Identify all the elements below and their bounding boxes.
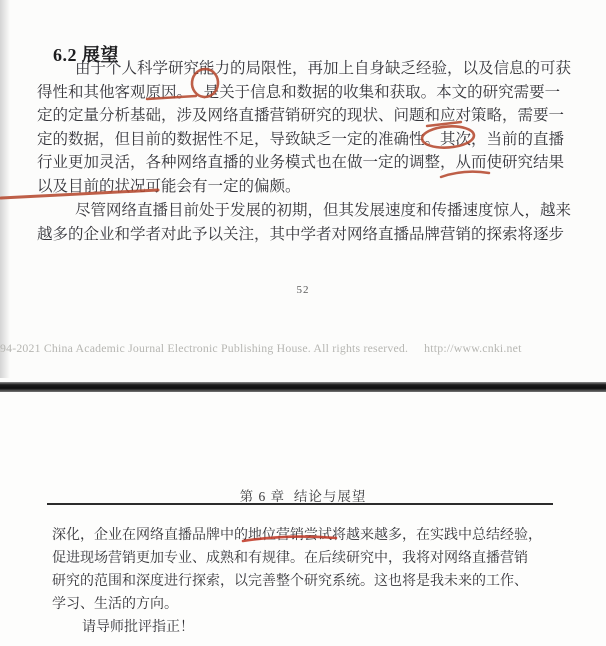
text-line: 学习、生活的方向。 — [52, 593, 542, 616]
paragraph-outlook: 尽管网络直播目前处于发展的初期，但其发展速度和传播速度惊人，越来越多的企业和学者… — [37, 199, 571, 246]
text-line: 由于个人科学研究能力的局限性，再加上自身缺乏经验，以及信息的可获 — [37, 57, 571, 81]
text-line: 越多的企业和学者对此予以关注，其中学者对网络直播品牌营销的探索将逐步 — [37, 223, 571, 247]
page-number: 52 — [0, 284, 606, 296]
watermark-url: http://www.cnki.net — [424, 341, 521, 355]
text-line: 尽管网络直播目前处于发展的初期，但其发展速度和传播速度惊人，越来 — [37, 199, 571, 223]
paragraph-conclusion: 深化，企业在网络直播品牌中的地位营销尝试将越来越多，在实践中总结经验，促进现场营… — [52, 524, 542, 616]
page-divider-bar — [0, 382, 606, 392]
scan-edge-shadow — [0, 0, 10, 378]
watermark-text: 94-2021 China Academic Journal Electroni… — [0, 341, 408, 355]
thesis-page-upper: 6.2 展望 由于个人科学研究能力的局限性，再加上自身缺乏经验，以及信息的可获得… — [0, 0, 606, 382]
text-line: 行业更加灵活，各种网络直播的业务模式也在做一定的调整，从而使研究结果 — [37, 151, 571, 175]
text-line: 研究的范围和深度进行探索，以完善整个研究系统。这也将是我未来的工作、 — [52, 570, 542, 593]
scanned-thesis-screenshot: 6.2 展望 由于个人科学研究能力的局限性，再加上自身缺乏经验，以及信息的可获得… — [0, 0, 606, 646]
cnki-copyright-watermark: 94-2021 China Academic Journal Electroni… — [0, 341, 606, 356]
text-line: 以及目前的状况可能会有一定的偏颇。 — [37, 175, 571, 199]
closing-line: 请导师批评指正！ — [82, 616, 194, 639]
paragraph-limitations: 由于个人科学研究能力的局限性，再加上自身缺乏经验，以及信息的可获得性和其他客观原… — [37, 57, 571, 199]
text-line: 得性和其他客观原因。 是关于信息和数据的收集和获取。本文的研究需要一 — [37, 81, 571, 105]
text-line: 定的数据，但目前的数据性不足，导致缺乏一定的准确性。其次，当前的直播 — [37, 128, 571, 152]
text-line: 深化，企业在网络直播品牌中的地位营销尝试将越来越多，在实践中总结经验， — [52, 524, 542, 547]
header-rule — [47, 503, 553, 505]
chapter-running-header: 第 6 章 结论与展望 — [0, 485, 606, 505]
text-line: 定的定量分析基础，涉及网络直播营销研究的现状、问题和应对策略，需要一 — [37, 104, 571, 128]
text-line: 促进现场营销更加专业、成熟和有规律。在后续研究中，我将对网络直播营销 — [52, 547, 542, 570]
